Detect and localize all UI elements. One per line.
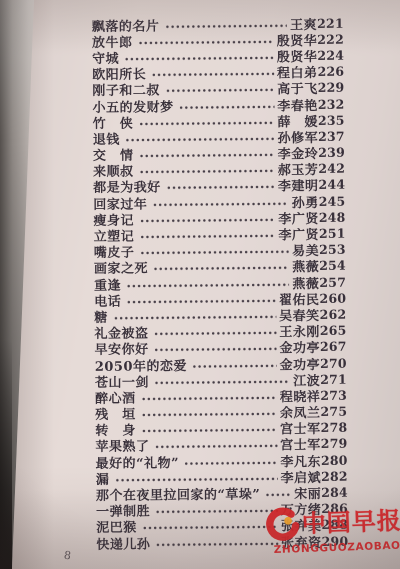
leader-dots	[165, 88, 274, 94]
entry-page: 271	[320, 371, 347, 386]
leader-dots	[155, 509, 278, 515]
leader-dots	[179, 104, 275, 110]
leader-dots	[166, 185, 275, 191]
entry-page: 226	[317, 64, 344, 79]
entry-page: 244	[318, 177, 345, 192]
entry-page: 278	[321, 420, 348, 435]
entry-page: 232	[318, 96, 345, 111]
entry-page: 229	[318, 80, 345, 95]
leader-dots	[184, 460, 277, 466]
entry-page: 253	[319, 242, 346, 257]
entry-page: 279	[321, 436, 348, 451]
watermark-row: 中国早报	[262, 502, 400, 544]
entry-page: 235	[318, 112, 345, 127]
leader-dots	[125, 136, 275, 142]
entry-page: 260	[319, 291, 346, 306]
leader-dots	[126, 298, 276, 304]
leader-dots	[114, 476, 277, 482]
leader-dots	[141, 411, 277, 417]
leader-dots	[113, 314, 276, 320]
leader-dots	[154, 330, 277, 336]
stray-mark: 8	[63, 549, 72, 563]
watermark: 中国早报 ZHONGGUOZAOBAO	[262, 502, 400, 558]
entry-page: 251	[319, 226, 346, 241]
entry-page: 221	[317, 15, 344, 30]
leader-dots	[126, 282, 289, 288]
entry-title: 快递儿孙	[96, 533, 150, 552]
leader-dots	[154, 379, 290, 385]
leader-dots	[265, 492, 291, 497]
entry-page: 254	[319, 258, 346, 273]
leader-dots	[139, 249, 289, 255]
leader-dots	[141, 428, 277, 434]
leader-dots	[154, 347, 277, 353]
leader-dots	[139, 169, 275, 175]
leader-dots	[154, 444, 277, 450]
entry-page: 282	[321, 469, 348, 484]
entry-page: 270	[320, 355, 347, 370]
leader-dots	[139, 233, 275, 239]
entry-page: 284	[321, 485, 348, 500]
leader-dots	[164, 23, 287, 29]
entry-page: 237	[318, 129, 345, 144]
leader-dots	[139, 217, 275, 223]
entry-page: 275	[320, 404, 347, 419]
entry-page: 280	[321, 452, 348, 467]
leader-dots	[152, 201, 288, 207]
leader-dots	[138, 152, 274, 158]
entry-page: 267	[320, 339, 347, 354]
entry-page: 245	[319, 193, 346, 208]
toc-page: 飘落的名片王爽221放牛郎殷贤华222守城殷贤华224欧阳所长程白弟226刚子和…	[0, 0, 400, 569]
leader-dots	[155, 541, 278, 547]
toc-list: 飘落的名片王爽221放牛郎殷贤华222守城殷贤华224欧阳所长程白弟226刚子和…	[0, 0, 400, 552]
photo-backdrop: 飘落的名片王爽221放牛郎殷贤华222守城殷贤华224欧阳所长程白弟226刚子和…	[0, 0, 400, 569]
leader-dots	[142, 525, 278, 531]
leader-dots	[138, 120, 274, 126]
watermark-title: 中国早报	[301, 506, 400, 537]
leader-dots	[192, 363, 277, 369]
entry-page: 265	[320, 323, 347, 338]
zhongguo-zaobao-logo-icon	[262, 505, 300, 543]
entry-page: 273	[320, 388, 347, 403]
entry-page: 239	[318, 145, 345, 160]
entry-page: 224	[317, 48, 344, 63]
entry-page: 248	[319, 210, 346, 225]
leader-dots	[141, 395, 277, 401]
entry-page: 262	[320, 307, 347, 322]
leader-dots	[151, 72, 274, 78]
entry-page: 242	[318, 161, 345, 176]
leader-dots	[153, 266, 289, 272]
entry-page: 222	[317, 32, 344, 47]
leader-dots	[137, 39, 273, 45]
leader-dots	[124, 55, 274, 61]
entry-page: 257	[319, 274, 346, 289]
